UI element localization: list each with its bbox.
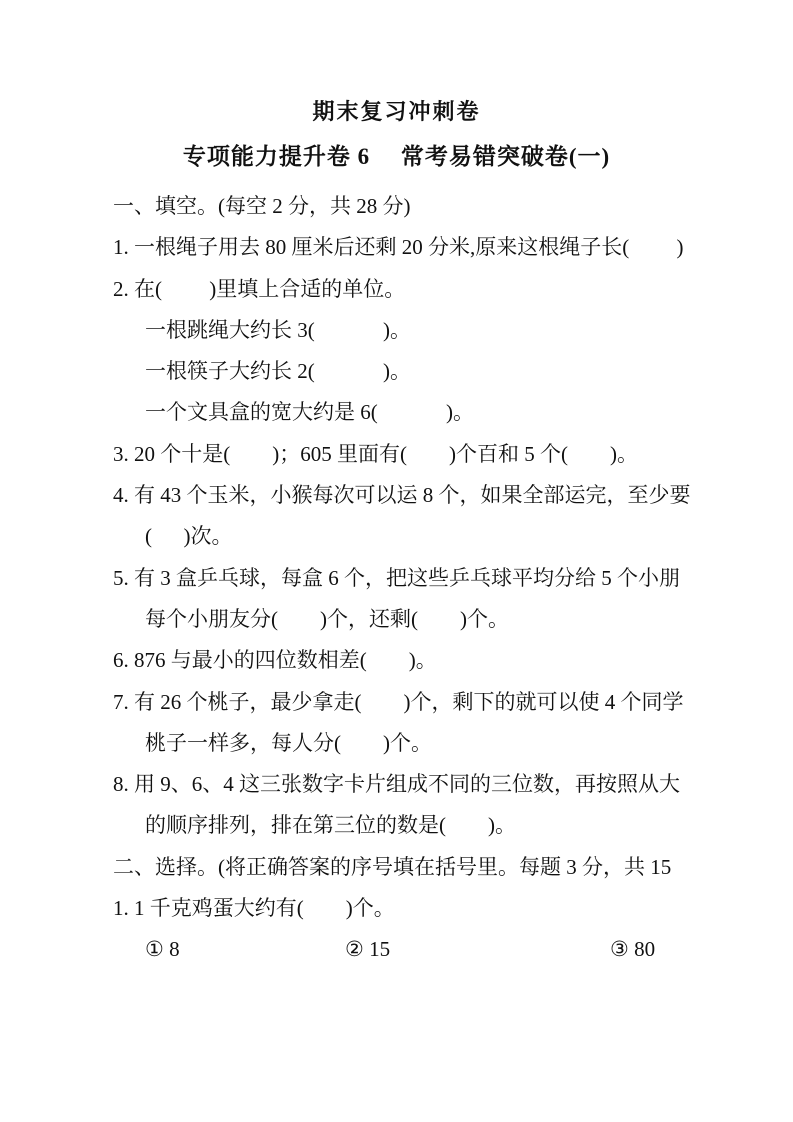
exam-body: 一、填空。(每空 2 分，共 28 分) 1. 一根绳子用去 80 厘米后还剩 … bbox=[0, 186, 793, 971]
section1-heading: 一、填空。(每空 2 分，共 28 分) bbox=[0, 186, 793, 227]
s1-question-1: 1. 一根绳子用去 80 厘米后还剩 20 分米,原来这根绳子长( )分米。 bbox=[0, 227, 793, 268]
option-1: ① 8 bbox=[145, 929, 180, 970]
s1-question-2-item-a: 一根跳绳大约长 3( )。 bbox=[0, 310, 793, 351]
s1-question-2: 2. 在( )里填上合适的单位。 bbox=[0, 269, 793, 310]
s1-question-8-line-1: 8. 用 9、6、4 这三张数字卡片组成不同的三位数，再按照从大到小 bbox=[0, 764, 793, 805]
s2-question-1-options: ① 8 ② 15 ③ 80 bbox=[0, 929, 793, 970]
exam-page: 期末复习冲刺卷 专项能力提升卷 6 常考易错突破卷(一) 一、填空。(每空 2 … bbox=[0, 0, 793, 1122]
s1-question-2-item-b: 一根筷子大约长 2( )。 bbox=[0, 351, 793, 392]
s1-question-8-line-2: 的顺序排列，排在第三位的数是( )。 bbox=[0, 805, 793, 846]
s1-question-3: 3. 20 个十是( )；605 里面有( )个百和 5 个( )。 bbox=[0, 434, 793, 475]
option-3: ③ 80 bbox=[610, 929, 655, 970]
s1-question-6: 6. 876 与最小的四位数相差( )。 bbox=[0, 640, 793, 681]
option-2: ② 15 bbox=[345, 929, 390, 970]
s2-question-1: 1. 1 千克鸡蛋大约有( )个。 bbox=[0, 888, 793, 929]
section2-heading: 二、选择。(将正确答案的序号填在括号里。每题 3 分，共 15 分) bbox=[0, 847, 793, 888]
s1-question-7-line-1: 7. 有 26 个桃子，最少拿走( )个，剩下的就可以使 4 个同学分的 bbox=[0, 682, 793, 723]
s1-question-4-line-1: 4. 有 43 个玉米，小猴每次可以运 8 个，如果全部运完，至少要运 bbox=[0, 475, 793, 516]
s1-question-5-line-2: 每个小朋友分( )个，还剩( )个。 bbox=[0, 599, 793, 640]
exam-subtitle: 专项能力提升卷 6 常考易错突破卷(一) bbox=[0, 142, 793, 172]
s1-question-7-line-2: 桃子一样多，每人分( )个。 bbox=[0, 723, 793, 764]
s1-question-4-line-2: ( )次。 bbox=[0, 516, 793, 557]
s1-question-2-item-c: 一个文具盒的宽大约是 6( )。 bbox=[0, 392, 793, 433]
exam-title: 期末复习冲刺卷 bbox=[0, 98, 793, 126]
s1-question-5-line-1: 5. 有 3 盒乒乓球，每盒 6 个，把这些乒乓球平均分给 5 个小朋友， bbox=[0, 558, 793, 599]
